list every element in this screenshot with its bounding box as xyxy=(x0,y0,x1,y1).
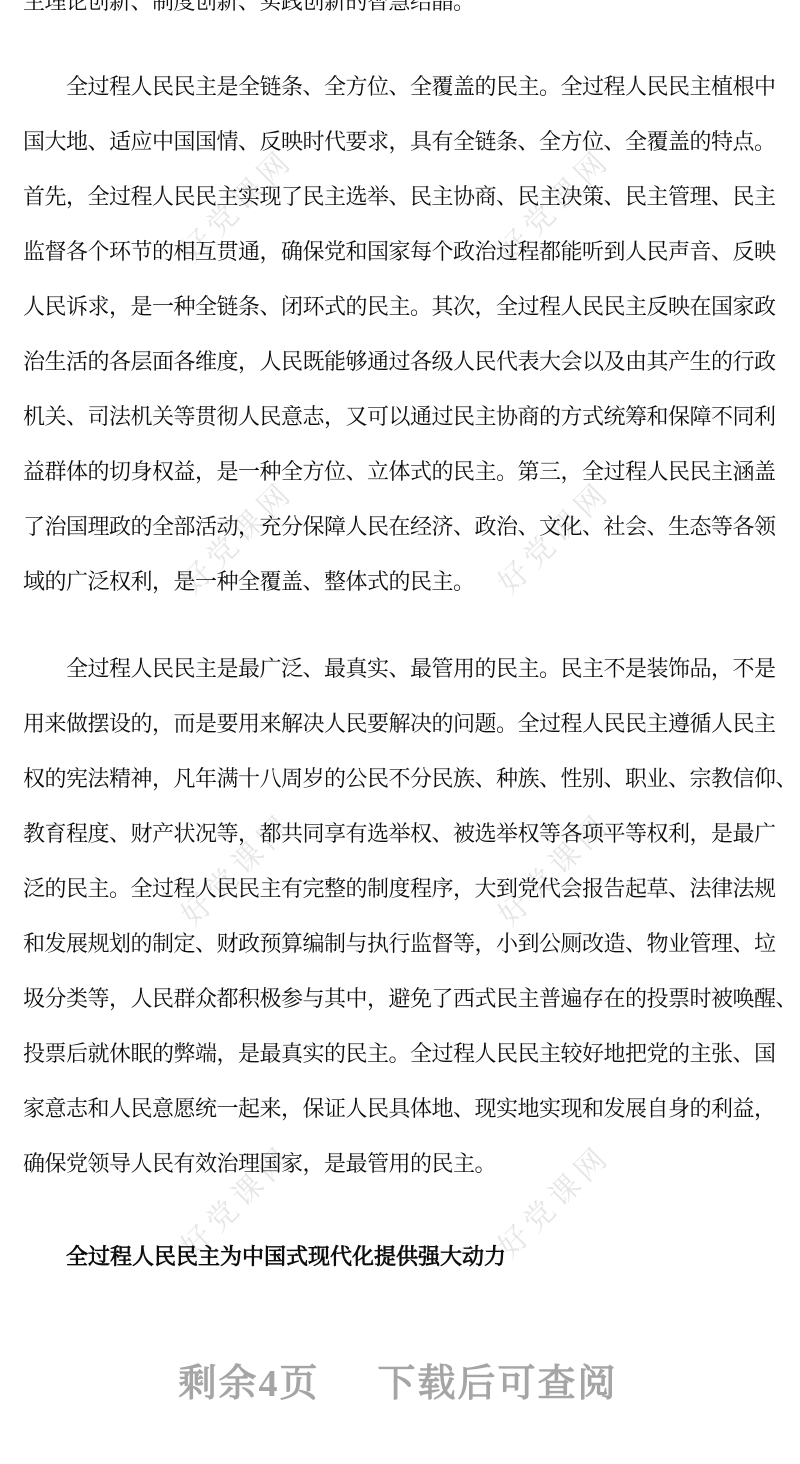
paragraph-line: 域的广泛权利，是一种全覆盖、整体式的民主。 xyxy=(23,554,773,609)
paragraph-line: 人民诉求，是一种全链条、闭环式的民主。其次，全过程人民民主反映在国家政 xyxy=(23,279,773,334)
paragraph-line: 权的宪法精神，凡年满十八周岁的公民不分民族、种族、性别、职业、宗教信仰、 xyxy=(23,751,773,806)
remaining-pages-label: 剩余4页 xyxy=(178,1362,319,1406)
paragraph-line: 泛的民主。全过程人民民主有完整的制度程序，大到党代会报告起草、法律法规 xyxy=(23,861,773,916)
paragraph-line: 圾分类等，人民群众都积极参与其中，避免了西式民主普遍存在的投票时被唤醒、 xyxy=(23,971,773,1026)
section-heading: 全过程人民民主为中国式现代化提供强大动力 xyxy=(23,1229,773,1284)
document-page: 主理论创新、制度创新、实践创新的智慧结晶。 全过程人民民主是全链条、全方位、全覆… xyxy=(0,0,800,1464)
paragraph-line: 益群体的切身权益，是一种全方位、立体式的民主。第三，全过程人民民主涵盖 xyxy=(23,444,773,499)
paragraph-line: 国大地、适应中国国情、反映时代要求，具有全链条、全方位、全覆盖的特点。 xyxy=(23,114,773,169)
paragraph-line: 确保党领导人民有效治理国家，是最管用的民主。 xyxy=(23,1136,773,1191)
paragraph-line: 治生活的各层面各维度，人民既能够通过各级人民代表大会以及由其产生的行政 xyxy=(23,334,773,389)
paragraph-line: 全过程人民民主是全链条、全方位、全覆盖的民主。全过程人民民主植根中 xyxy=(23,59,773,114)
paragraph-line: 和发展规划的制定、财政预算编制与执行监督等，小到公厕改造、物业管理、垃 xyxy=(23,916,773,971)
paragraph-line: 首先，全过程人民民主实现了民主选举、民主协商、民主决策、民主管理、民主 xyxy=(23,169,773,224)
paragraph-democracy-features: 全过程人民民主是全链条、全方位、全覆盖的民主。全过程人民民主植根中国大地、适应中… xyxy=(23,59,773,609)
paragraph-line: 监督各个环节的相互贯通，确保党和国家每个政治过程都能听到人民声音、反映 xyxy=(23,224,773,279)
download-hint-label: 下载后可查阅 xyxy=(378,1362,618,1406)
paragraph-line: 机关、司法机关等贯彻人民意志，又可以通过民主协商的方式统筹和保障不同利 xyxy=(23,389,773,444)
paragraph-line: 教育程度、财产状况等，都共同享有选举权、被选举权等各项平等权利，是最广 xyxy=(23,806,773,861)
remaining-pages-notice: 剩余4页 下载后可查阅 xyxy=(23,1362,773,1406)
paragraph-line: 投票后就休眠的弊端，是最真实的民主。全过程人民民主较好地把党的主张、国 xyxy=(23,1026,773,1081)
paragraph-line: 用来做摆设的，而是要用来解决人民要解决的问题。全过程人民民主遵循人民主 xyxy=(23,696,773,751)
paragraph-line: 家意志和人民意愿统一起来，保证人民具体地、现实地实现和发展自身的利益， xyxy=(23,1081,773,1136)
paragraph-democracy-qualities: 全过程人民民主是最广泛、最真实、最管用的民主。民主不是装饰品，不是用来做摆设的，… xyxy=(23,641,773,1191)
paragraph-line: 了治国理政的全部活动，充分保障人民在经济、政治、文化、社会、生态等各领 xyxy=(23,499,773,554)
paragraph-line: 全过程人民民主是最广泛、最真实、最管用的民主。民主不是装饰品，不是 xyxy=(23,641,773,696)
paragraph-line-clipped: 主理论创新、制度创新、实践创新的智慧结晶。 xyxy=(23,0,773,29)
